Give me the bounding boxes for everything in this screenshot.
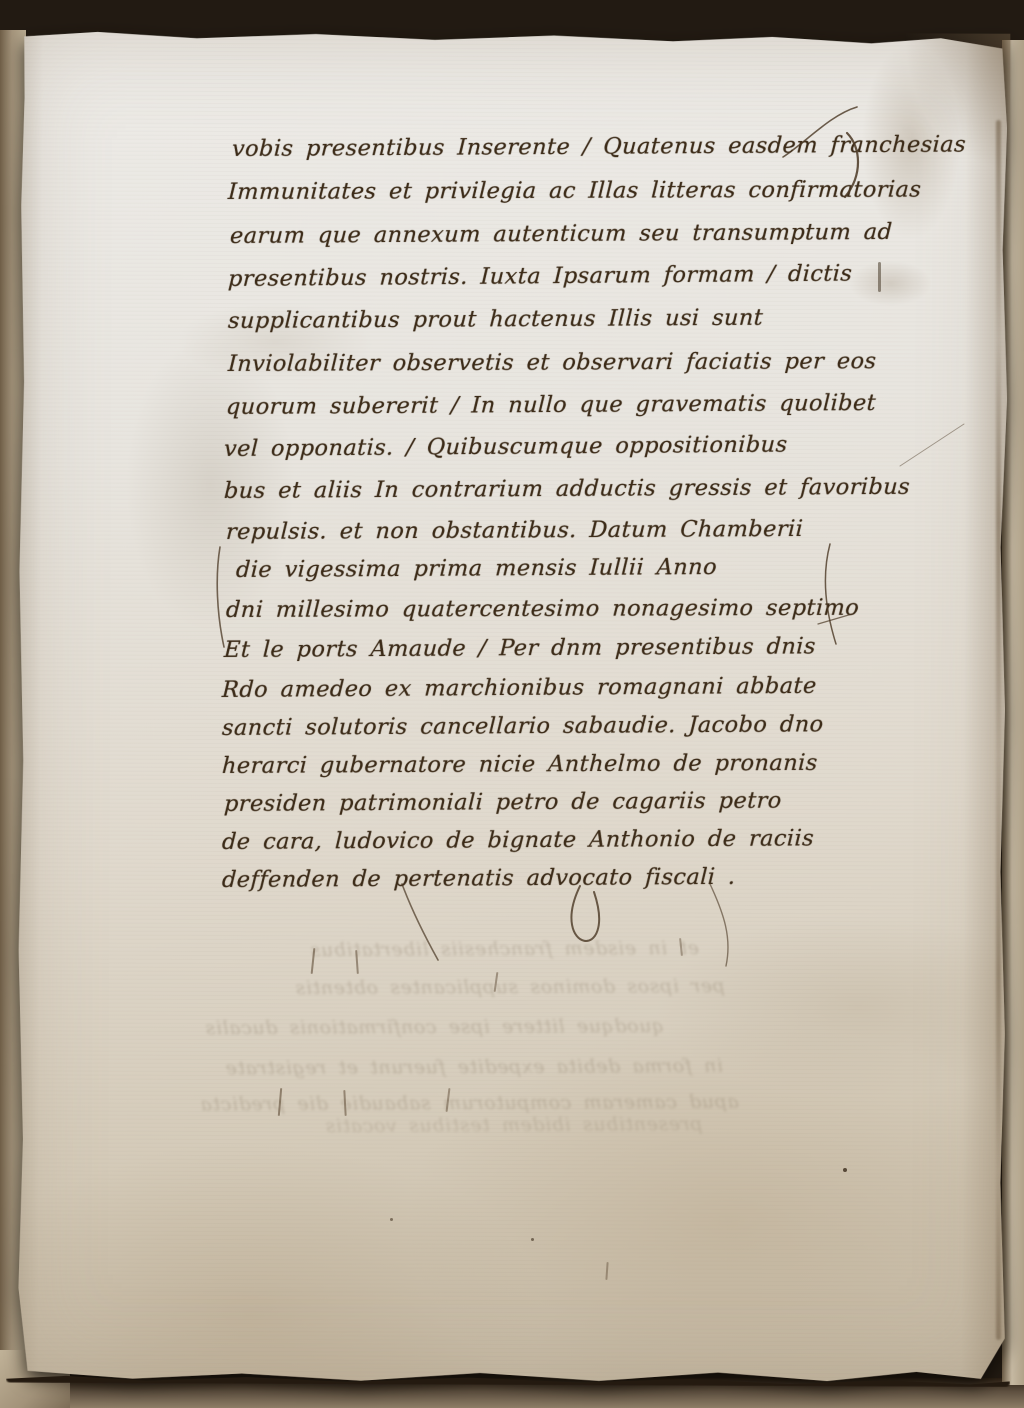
pen-flourish-line1 — [775, 95, 880, 240]
bleedthrough-line: quodque littere ipse confirmationis duca… — [205, 1017, 664, 1038]
ink-speck — [843, 1168, 847, 1172]
ink-speck — [390, 1218, 393, 1221]
bleedthrough-line: per ipsos dominos supplicantes obtentis — [295, 977, 725, 998]
pen-flourish-lastline — [380, 880, 800, 975]
ink-speck — [531, 1238, 534, 1241]
bleedthrough-line: in forma debita expedite fuerunt et regi… — [225, 1057, 723, 1079]
manuscript-photo: vobis presentibus Inserente / Quatenus e… — [0, 0, 1024, 1408]
ink-streak — [878, 262, 881, 292]
hairline-stroke — [898, 420, 968, 470]
bleedthrough-line: presentibus ibidem testibus vocatis — [325, 1115, 703, 1136]
margin-stroke-right — [816, 540, 876, 650]
margin-stroke-left — [212, 545, 236, 650]
